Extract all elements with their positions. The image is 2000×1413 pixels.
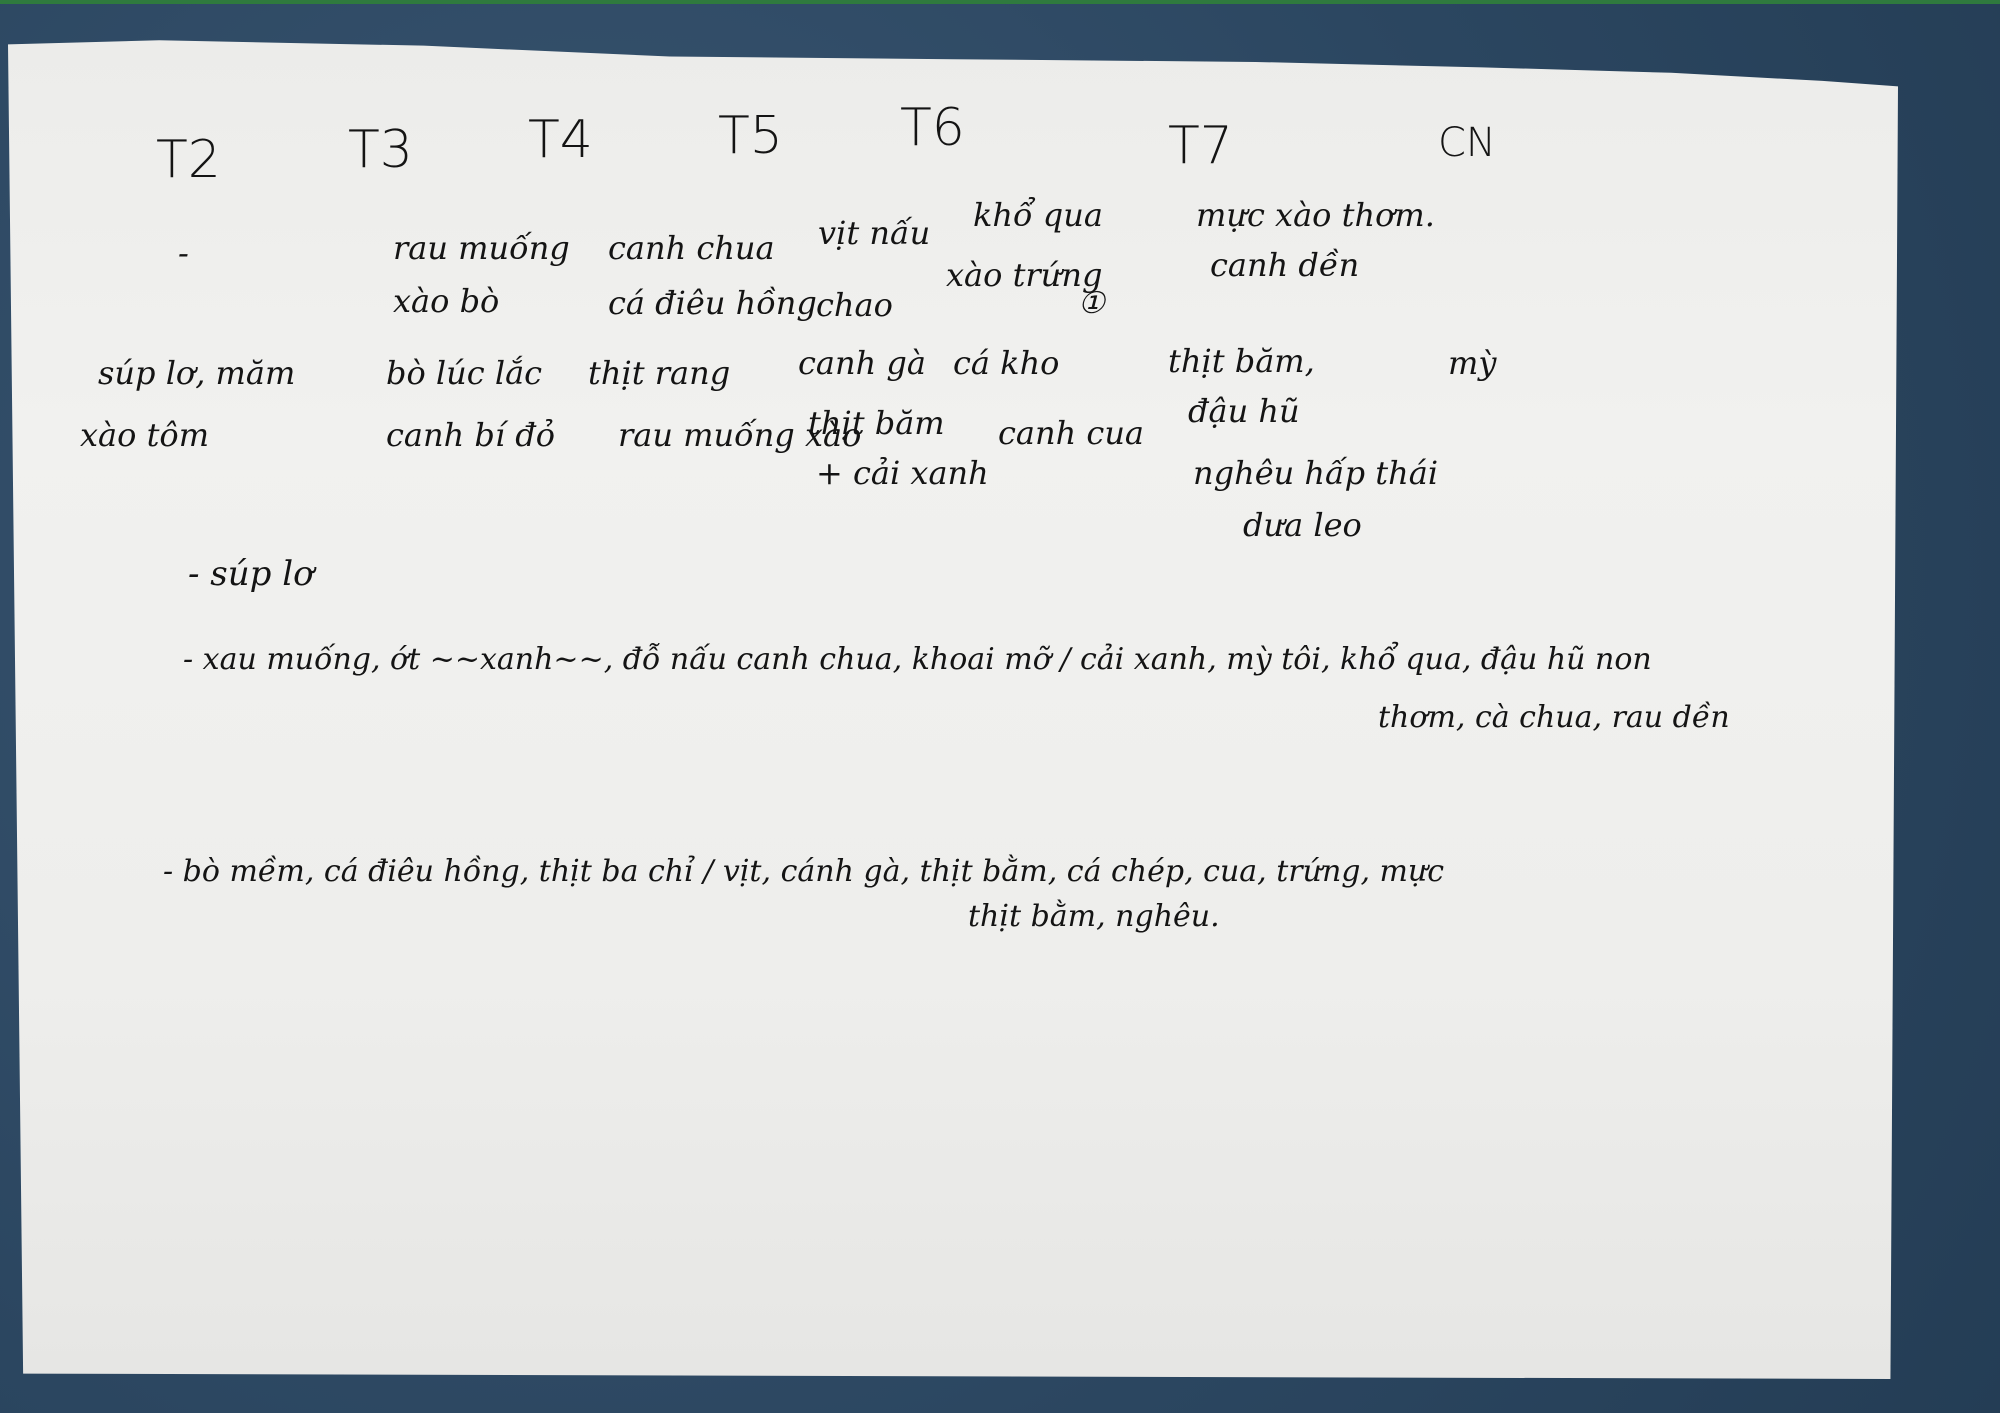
- day-header-t6: T6: [900, 98, 965, 158]
- t3-item: rau muống: [393, 229, 570, 267]
- day-header-t3: T3: [348, 120, 413, 180]
- day-header-t4: T4: [528, 110, 593, 170]
- t6-item: khổ qua: [973, 196, 1103, 234]
- t5-item: vịt nấu: [818, 214, 930, 252]
- t4-item: cá điêu hồng: [608, 284, 817, 322]
- day-header-t7: T7: [1168, 116, 1233, 176]
- t2-item: súp lơ, măm: [98, 354, 295, 392]
- t7-item: đậu hũ: [1188, 392, 1300, 430]
- note-line: - xau muống, ớt ~~xanh~~, đỗ nấu canh ch…: [183, 642, 1652, 677]
- t7-item: dưa leo: [1243, 506, 1362, 544]
- t5-item: + cải xanh: [816, 454, 989, 492]
- t3-item: bò lúc lắc: [386, 354, 542, 392]
- cn-item: mỳ: [1448, 344, 1496, 382]
- day-header-t5: T5: [718, 106, 783, 166]
- day-header-t2: T2: [156, 130, 221, 190]
- note-line: thơm, cà chua, rau dền: [1378, 700, 1730, 735]
- note-line: thịt bằm, nghêu.: [968, 899, 1220, 934]
- t3-item: canh bí đỏ: [386, 416, 555, 454]
- note-line: - bò mềm, cá điêu hồng, thịt ba chỉ / vị…: [163, 854, 1444, 889]
- paper-sheet: T2 T3 T4 T5 T6 T7 CN - súp lơ, măm xào t…: [8, 24, 1898, 1379]
- t7-item: canh dền: [1210, 246, 1359, 284]
- note-line: - súp lơ: [188, 554, 314, 594]
- t6-item: cá kho: [953, 344, 1059, 382]
- t6-item: canh cua: [998, 414, 1144, 452]
- t7-item: nghêu hấp thái: [1193, 454, 1438, 492]
- day-header-cn: CN: [1438, 120, 1496, 166]
- t7-item: thịt băm,: [1168, 342, 1315, 380]
- t2-item: xào tôm: [80, 416, 209, 454]
- t7-item: mực xào thơm.: [1196, 196, 1435, 234]
- t3-item: xào bò: [393, 282, 499, 320]
- t5-item: canh gà: [798, 344, 926, 382]
- t4-item: canh chua: [608, 229, 775, 267]
- top-strip: [0, 0, 2000, 4]
- t4-item: thịt rang: [588, 354, 730, 392]
- circled-one-icon: ①: [1078, 286, 1105, 321]
- t5-item: chao: [816, 286, 893, 324]
- t5-item: thịt băm: [808, 404, 945, 442]
- t2-item-dash: -: [178, 234, 189, 272]
